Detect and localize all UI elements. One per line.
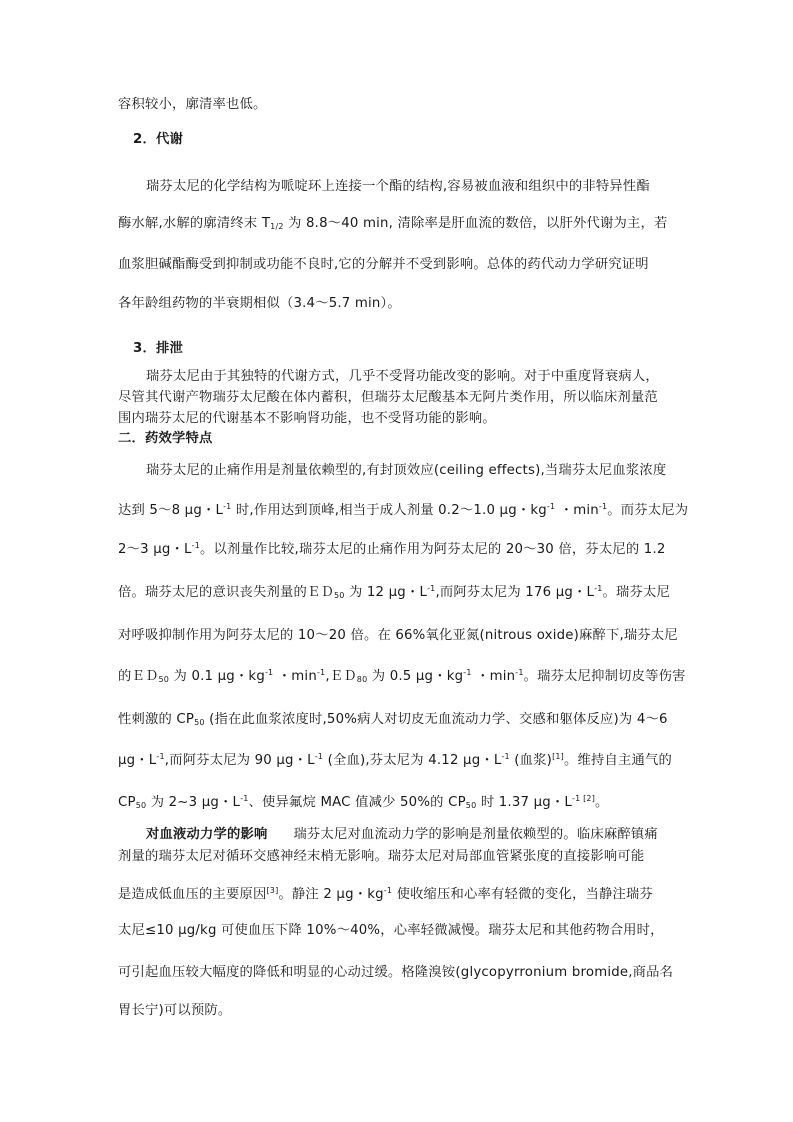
- text-run: 达到 5～8 μg・L: [118, 503, 223, 518]
- paragraph-line: 胃长宁)可以预防。: [118, 1002, 231, 1020]
- paragraph-line: 容积较小，廓清率也低。: [118, 96, 266, 114]
- subscript: 50: [136, 801, 147, 810]
- paragraph-line: 是造成低血压的主要原因[3]。静注 2 μg・kg-1 使收缩压和心率有轻微的变…: [118, 886, 653, 904]
- text-run: 。以剂量作比较,瑞芬太尼的止痛作用为阿芬太尼的 20～30 倍，芬太尼的 1.2: [200, 542, 666, 557]
- paragraph-line: 倍。瑞芬太尼的意识丧失剂量的ＥＤ50 为 12 μg・L-1,而阿芬太尼为 17…: [118, 584, 670, 602]
- superscript: -1: [384, 886, 392, 895]
- paragraph-line: 血浆胆碱酯酶受到抑制或功能不良时,它的分解并不受到影响。总体的药代动力学研究证明: [118, 256, 649, 274]
- section-heading-excretion: 3．排泄: [133, 340, 183, 358]
- text-run: ,ＥＤ: [325, 669, 356, 684]
- text-run: ,而阿芬太尼为 90 μg・L: [165, 753, 315, 768]
- subscript: 1/2: [270, 222, 283, 231]
- citation-ref: -1 [2]: [572, 794, 595, 803]
- text-run: 是造成低血压的主要原因: [118, 887, 266, 902]
- paragraph-line: 瑞芬太尼的化学结构为哌啶环上连接一个酯的结构,容易被血液和组织中的非特异性酯: [146, 178, 650, 196]
- text-run: 为 0.5 μg・kg: [367, 669, 463, 684]
- paragraph-line: 瑞芬太尼由于其独特的代谢方式，几乎不受肾功能改变的影响。对于中重度肾衰病人，: [146, 368, 659, 386]
- text-run: 倍。瑞芬太尼的意识丧失剂量的ＥＤ: [118, 585, 334, 600]
- section-heading-metabolism: 2．代谢: [133, 131, 183, 149]
- text-run: ,而阿芬太尼为 176 μg・L: [435, 585, 594, 600]
- paragraph-line: 尽管其代谢产物瑞芬太尼酸在体内蓄积，但瑞芬太尼酸基本无阿片类作用，所以临床剂量范: [118, 389, 658, 407]
- subscript: 50: [194, 718, 205, 727]
- section-heading-pharmacodynamics: 二．药效学特点: [118, 430, 212, 448]
- citation-ref: [1]: [552, 752, 564, 761]
- superscript: -1: [594, 584, 602, 593]
- text-run: (血浆): [510, 753, 552, 768]
- text-run: (全血),芬太尼为 4.12 μg・L: [323, 753, 501, 768]
- text-run: (指在此血浆浓度时,50%病人对切皮无血流动力学、交感和躯体反应)为 4～6: [205, 712, 668, 727]
- superscript: -1: [192, 541, 200, 550]
- paragraph-line: μg・L-1,而阿芬太尼为 90 μg・L-1 (全血),芬太尼为 4.12 μ…: [118, 752, 672, 770]
- superscript: -1: [515, 668, 523, 677]
- paragraph-line: 可引起血压较大幅度的降低和明显的心动过缓。格隆溴铵(glycopyrronium…: [118, 964, 673, 982]
- paragraph-line: 瑞芬太尼的止痛作用是剂量依赖型的,有封顶效应(ceiling effects),…: [146, 462, 666, 480]
- text-run: ・min: [472, 669, 516, 684]
- subscript: 50: [334, 591, 345, 600]
- paragraph-line: 剂量的瑞芬太尼对循环交感神经末梢无影响。瑞芬太尼对局部血管紧张度的直接影响可能: [118, 848, 644, 866]
- text-run: 为 12 μg・L: [345, 585, 428, 600]
- paragraph-line: 性刺激的 CP50 (指在此血浆浓度时,50%病人对切皮无血流动力学、交感和躯体…: [118, 711, 668, 729]
- text-run: 。瑞芬太尼: [603, 585, 670, 600]
- text-run: ・min: [555, 503, 599, 518]
- text-run: 为 8.8～40 min, 清除率是肝血流的数倍，以肝外代谢为主，若: [284, 216, 668, 231]
- text-run: 。静注 2 μg・kg: [278, 887, 383, 902]
- text-run: 的ＥＤ: [118, 669, 159, 684]
- paragraph-line: 酶水解,水解的廓清终末 T1/2 为 8.8～40 min, 清除率是肝血流的数…: [118, 215, 667, 233]
- paragraph-line: 2～3 μg・L-1。以剂量作比较,瑞芬太尼的止痛作用为阿芬太尼的 20～30 …: [118, 541, 666, 559]
- paragraph-line: 对血液动力学的影响瑞芬太尼对血流动力学的影响是剂量依赖型的。临床麻醉镇痛: [146, 826, 658, 844]
- text-run: 。瑞芬太尼抑制切皮等伤害: [524, 669, 686, 684]
- text-run: 时 1.37 μg・L: [476, 795, 572, 810]
- text-run: 为 0.1 μg・kg: [169, 669, 265, 684]
- inline-heading-hemodynamics: 对血液动力学的影响: [146, 827, 267, 842]
- subscript: 50: [466, 801, 477, 810]
- text-run: 瑞芬太尼对血流动力学的影响是剂量依赖型的。临床麻醉镇痛: [293, 827, 657, 842]
- text-run: 时,作用达到顶峰,相当于成人剂量 0.2～1.0 μg・kg: [231, 503, 546, 518]
- superscript: -1: [240, 794, 248, 803]
- text-run: CP: [118, 795, 136, 810]
- text-run: μg・L: [118, 753, 156, 768]
- text-run: 。维持自主通气的: [564, 753, 672, 768]
- paragraph-line: 太尼≤10 μg/kg 可使血压下降 10%～40%，心率轻微减慢。瑞芬太尼和其…: [118, 922, 664, 940]
- superscript: -1: [463, 668, 471, 677]
- superscript: -1: [156, 752, 164, 761]
- paragraph-line: 达到 5～8 μg・L-1 时,作用达到顶峰,相当于成人剂量 0.2～1.0 μ…: [118, 502, 688, 520]
- subscript: 80: [357, 675, 368, 684]
- superscript: -1: [501, 752, 509, 761]
- text-run: 。: [595, 795, 609, 810]
- text-run: 性刺激的 CP: [118, 712, 194, 727]
- paragraph-line: 围内瑞芬太尼的代谢基本不影响肾功能，也不受肾功能的影响。: [118, 410, 496, 428]
- paragraph-line: 各年龄组药物的半衰期相似（3.4～5.7 min）。: [118, 295, 401, 313]
- citation-ref: [3]: [266, 886, 278, 895]
- text-run: 酶水解,水解的廓清终末 T: [118, 216, 270, 231]
- text-run: 2～3 μg・L: [118, 542, 192, 557]
- document-page: 容积较小，廓清率也低。 2．代谢 瑞芬太尼的化学结构为哌啶环上连接一个酯的结构,…: [0, 0, 793, 1122]
- superscript: -1: [315, 752, 323, 761]
- paragraph-line: 的ＥＤ50 为 0.1 μg・kg-1 ・min-1,ＥＤ80 为 0.5 μg…: [118, 668, 686, 686]
- paragraph-line: CP50 为 2~3 μg・L-1、使异氟烷 MAC 值减少 50%的 CP50…: [118, 794, 609, 812]
- text-run: 为 2~3 μg・L: [146, 795, 240, 810]
- text-run: 。而芬太尼为: [607, 503, 688, 518]
- text-run: 使收缩压和心率有轻微的变化，当静注瑞芬: [392, 887, 653, 902]
- text-run: ・min: [273, 669, 317, 684]
- paragraph-line: 对呼吸抑制作用为阿芬太尼的 10～20 倍。在 66%氧化亚氮(nitrous …: [118, 627, 678, 645]
- text-run: 、使异氟烷 MAC 值减少 50%的 CP: [249, 795, 466, 810]
- subscript: 50: [159, 675, 170, 684]
